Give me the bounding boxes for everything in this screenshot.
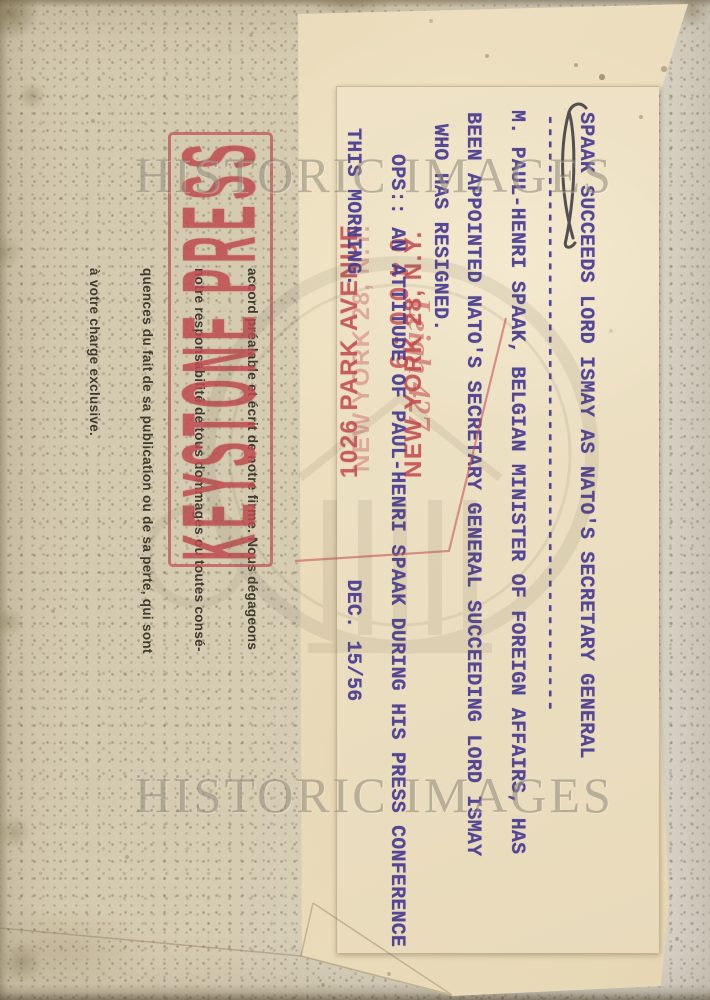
caption-ops-line: OPS:: AN ATTITUDE OF PAUL-HENRI SPAAK DU… [385, 154, 408, 947]
disclaimer-line: à votre charge exclusive. [86, 268, 103, 718]
caption-body-line: WHO HAS RESIGNED. [428, 124, 451, 331]
dust-specks [0, 0, 2, 2]
keystone-press-stamp-text: KEYSTONE PRESS [162, 138, 280, 561]
disclaimer-line: quences du fait de sa publication ou de … [139, 268, 156, 718]
keystone-press-stamp: KEYSTONE PRESS [168, 132, 273, 567]
press-photo-back-scan: accord préalable et écrit de notre firme… [0, 0, 710, 1000]
caption-headline: SPAAK SUCCEEDS LORD ISMAY AS NATO'S SECR… [574, 112, 597, 759]
caption-body-line: M. PAUL-HENRI SPAAK, BELGIAN MINISTER OF… [505, 110, 528, 854]
caption-body-line: BEEN APPOINTED NATO'S SECRETARY GENERAL … [461, 112, 484, 856]
caption-date-line: THIS MORNING. DEC. 15/56 [341, 128, 364, 702]
caption-underline: ----------------------------------------… [538, 114, 561, 712]
typed-caption-block: SPAAK SUCCEEDS LORD ISMAY AS NATO'S SECR… [328, 106, 612, 896]
